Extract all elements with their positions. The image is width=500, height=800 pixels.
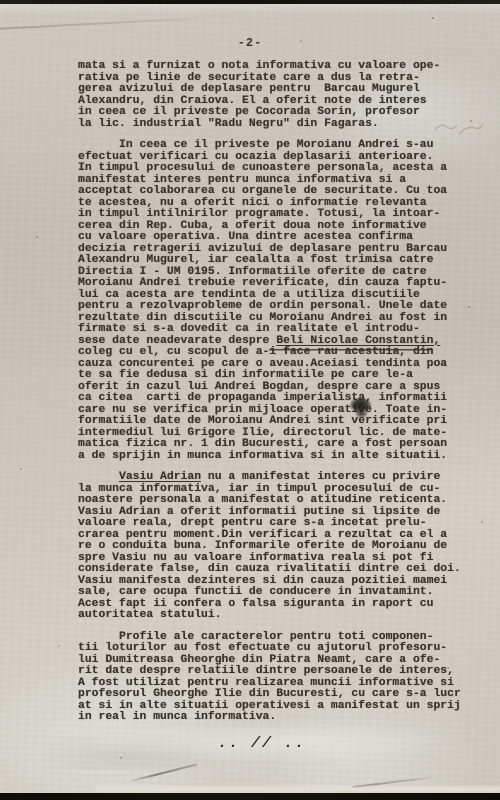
text-segment: tii loturilor au fost efectuate cu ajuto…: [78, 642, 447, 654]
text-segment: valoare reala, drept pentru care s-a inc…: [78, 517, 427, 529]
text-segment: a de sprijin in munca informativa si in …: [78, 450, 447, 462]
text-segment: care nu se verifica prin mijloace operat…: [78, 404, 447, 416]
text-segment: formatiile date de Moroianu Andrei sint …: [78, 415, 447, 427]
text-segment: cerea din Rep. Cuba, a oferit doua note …: [78, 220, 427, 232]
paper-bottom-edge: [95, 785, 500, 793]
paragraph: In ceea ce il priveste pe Moroianu Andre…: [78, 140, 478, 462]
text-segment: A fost utilizat pentru realizarea muncii…: [78, 677, 454, 689]
ink-blot-tail: [355, 409, 368, 418]
text-segment: coleg cu el, cu scopul de a-: [78, 346, 269, 358]
text-segment: In timpul procesului de cunoastere perso…: [78, 162, 447, 174]
text-segment: crarea pentru moment.Din verificari a re…: [78, 529, 447, 541]
text-segment: rativa pe linie de securitate care a dus…: [78, 72, 420, 84]
paragraph: mata si a furnizat o nota informativa cu…: [78, 61, 478, 130]
text-segment: Moroianu Andrei trebuie reverificate, di…: [78, 277, 447, 289]
text-segment: at si in alte situatii operativesi a man…: [78, 700, 461, 712]
text-segment: intermediul lui Grigore Ilie, directorul…: [78, 427, 447, 439]
text-segment: Vasiu Adrian a oferit informatii putine …: [78, 506, 440, 518]
text-segment: la lic. industrial "Radu Negru" din Faga…: [78, 118, 379, 130]
text-segment: noastere personala a manifestat o atitud…: [78, 494, 447, 506]
document-body: mata si a furnizat o nota informativa cu…: [78, 61, 478, 734]
text-line: in real in munca informativa.: [78, 712, 478, 724]
page-number: -2-: [0, 36, 500, 50]
text-segment: spre Vasiu nu au valoare informativa rea…: [78, 552, 433, 564]
text-segment: lui Dumitreasa Gheorghe din Piatra Neamt…: [78, 654, 440, 666]
text-segment: Profile ale caracterelor pentru toti com…: [78, 631, 433, 643]
text-segment: rezultate din discutiile cu Moroianu And…: [78, 312, 447, 324]
text-segment: mata si a furnizat o nota informativa cu…: [78, 60, 440, 72]
text-segment: cauza concurentei pe care o aveau.Aceias…: [78, 358, 447, 370]
text-segment: Alexandru, din Craiova. El a oferit note…: [78, 95, 427, 107]
text-segment: oferit in cazul lui Andrei Bogdan, despr…: [78, 381, 440, 393]
end-of-page-mark: .. // ..: [0, 735, 500, 752]
text-line: autoritatea statului.: [78, 610, 478, 622]
text-segment: re o conduita buna. Informarile oferite …: [78, 540, 447, 552]
text-segment: Directia I - UM 0195. Informatiile oferi…: [78, 266, 427, 278]
text-segment: gerea avizului de deplasare pentru Barca…: [78, 83, 420, 95]
underlined-text: Beli Nicolae Constantin,: [276, 335, 440, 347]
text-segment: efectuat verificari cu ocazia deplasarii…: [78, 151, 433, 163]
text-segment: la munca informativa, iar in timpul proc…: [78, 483, 440, 495]
text-segment: te sa fie dedusa si din informatiile pe …: [78, 369, 413, 381]
text-segment: Alexandru Mugurel, iar cealalta a fost t…: [78, 254, 433, 266]
text-segment: manifestat interes pentru munca informat…: [78, 174, 406, 186]
text-segment: nu a manifestat interes cu privire: [201, 471, 440, 483]
text-segment: autoritatea statului.: [78, 609, 222, 621]
scan-edge-bottom: [0, 793, 500, 800]
text-segment: firmate si s-a dovedit ca in realitate e…: [78, 323, 420, 335]
text-segment: [78, 471, 119, 483]
text-segment: considerate false, din cauza rivalitatii…: [78, 563, 461, 575]
text-segment: rit date despre relatiile dintre persoan…: [78, 665, 454, 677]
text-segment: in real in munca informativa.: [78, 711, 276, 723]
text-segment: acceptat colaborarea cu organele de secu…: [78, 185, 447, 197]
text-line: a de sprijin in munca informativa si in …: [78, 451, 478, 463]
paper-background: -2- mata si a furnizat o nota informativ…: [0, 0, 500, 800]
text-line: la lic. industrial "Radu Negru" din Faga…: [78, 119, 478, 131]
underlined-text: Vasiu Adrian: [119, 471, 201, 483]
text-segment: lui ca acesta are tendinta de a utiliza …: [78, 289, 420, 301]
text-segment: Acest fapt ii confera o falsa siguranta …: [78, 598, 433, 610]
text-segment: pentru a rezolvaprobleme de ordin person…: [78, 300, 447, 312]
paragraph: Vasiu Adrian nu a manifestat interes cu …: [78, 472, 478, 622]
text-segment: In ceea ce il priveste pe Moroianu Andre…: [78, 139, 433, 151]
crease-mark: [0, 16, 230, 30]
paragraph: Profile ale caracterelor pentru toti com…: [78, 632, 478, 724]
text-segment: in ceea ce il priveste pe Cocorada Sorin…: [78, 106, 420, 118]
scan-edge-top-highlight: [0, 4, 500, 14]
text-segment: sese date neadevarate despre: [78, 335, 276, 347]
text-segment: cu valoare operativa. Una dintre acestea…: [78, 231, 413, 243]
text-segment: Vasiu manifesta dezinteres si din cauza …: [78, 575, 447, 587]
text-segment: in timpul intilnirilor programate. Totus…: [78, 208, 440, 220]
text-segment: ca citea carti de propaganda imperialist…: [78, 392, 447, 404]
text-segment: sale, care ocupa functii de conducere in…: [78, 586, 433, 598]
text-segment: decizia retragerii avizului de deplasare…: [78, 243, 447, 255]
text-segment: te acestea, nu a oferit nici o informati…: [78, 197, 427, 209]
text-segment: matica fizica nr. 1 din Bucuresti, care …: [78, 438, 447, 450]
text-segment: profesorul Gheorghe Ilie din Bucuresti, …: [78, 688, 461, 700]
struck-text: i face rau acestuia, din: [269, 346, 433, 358]
